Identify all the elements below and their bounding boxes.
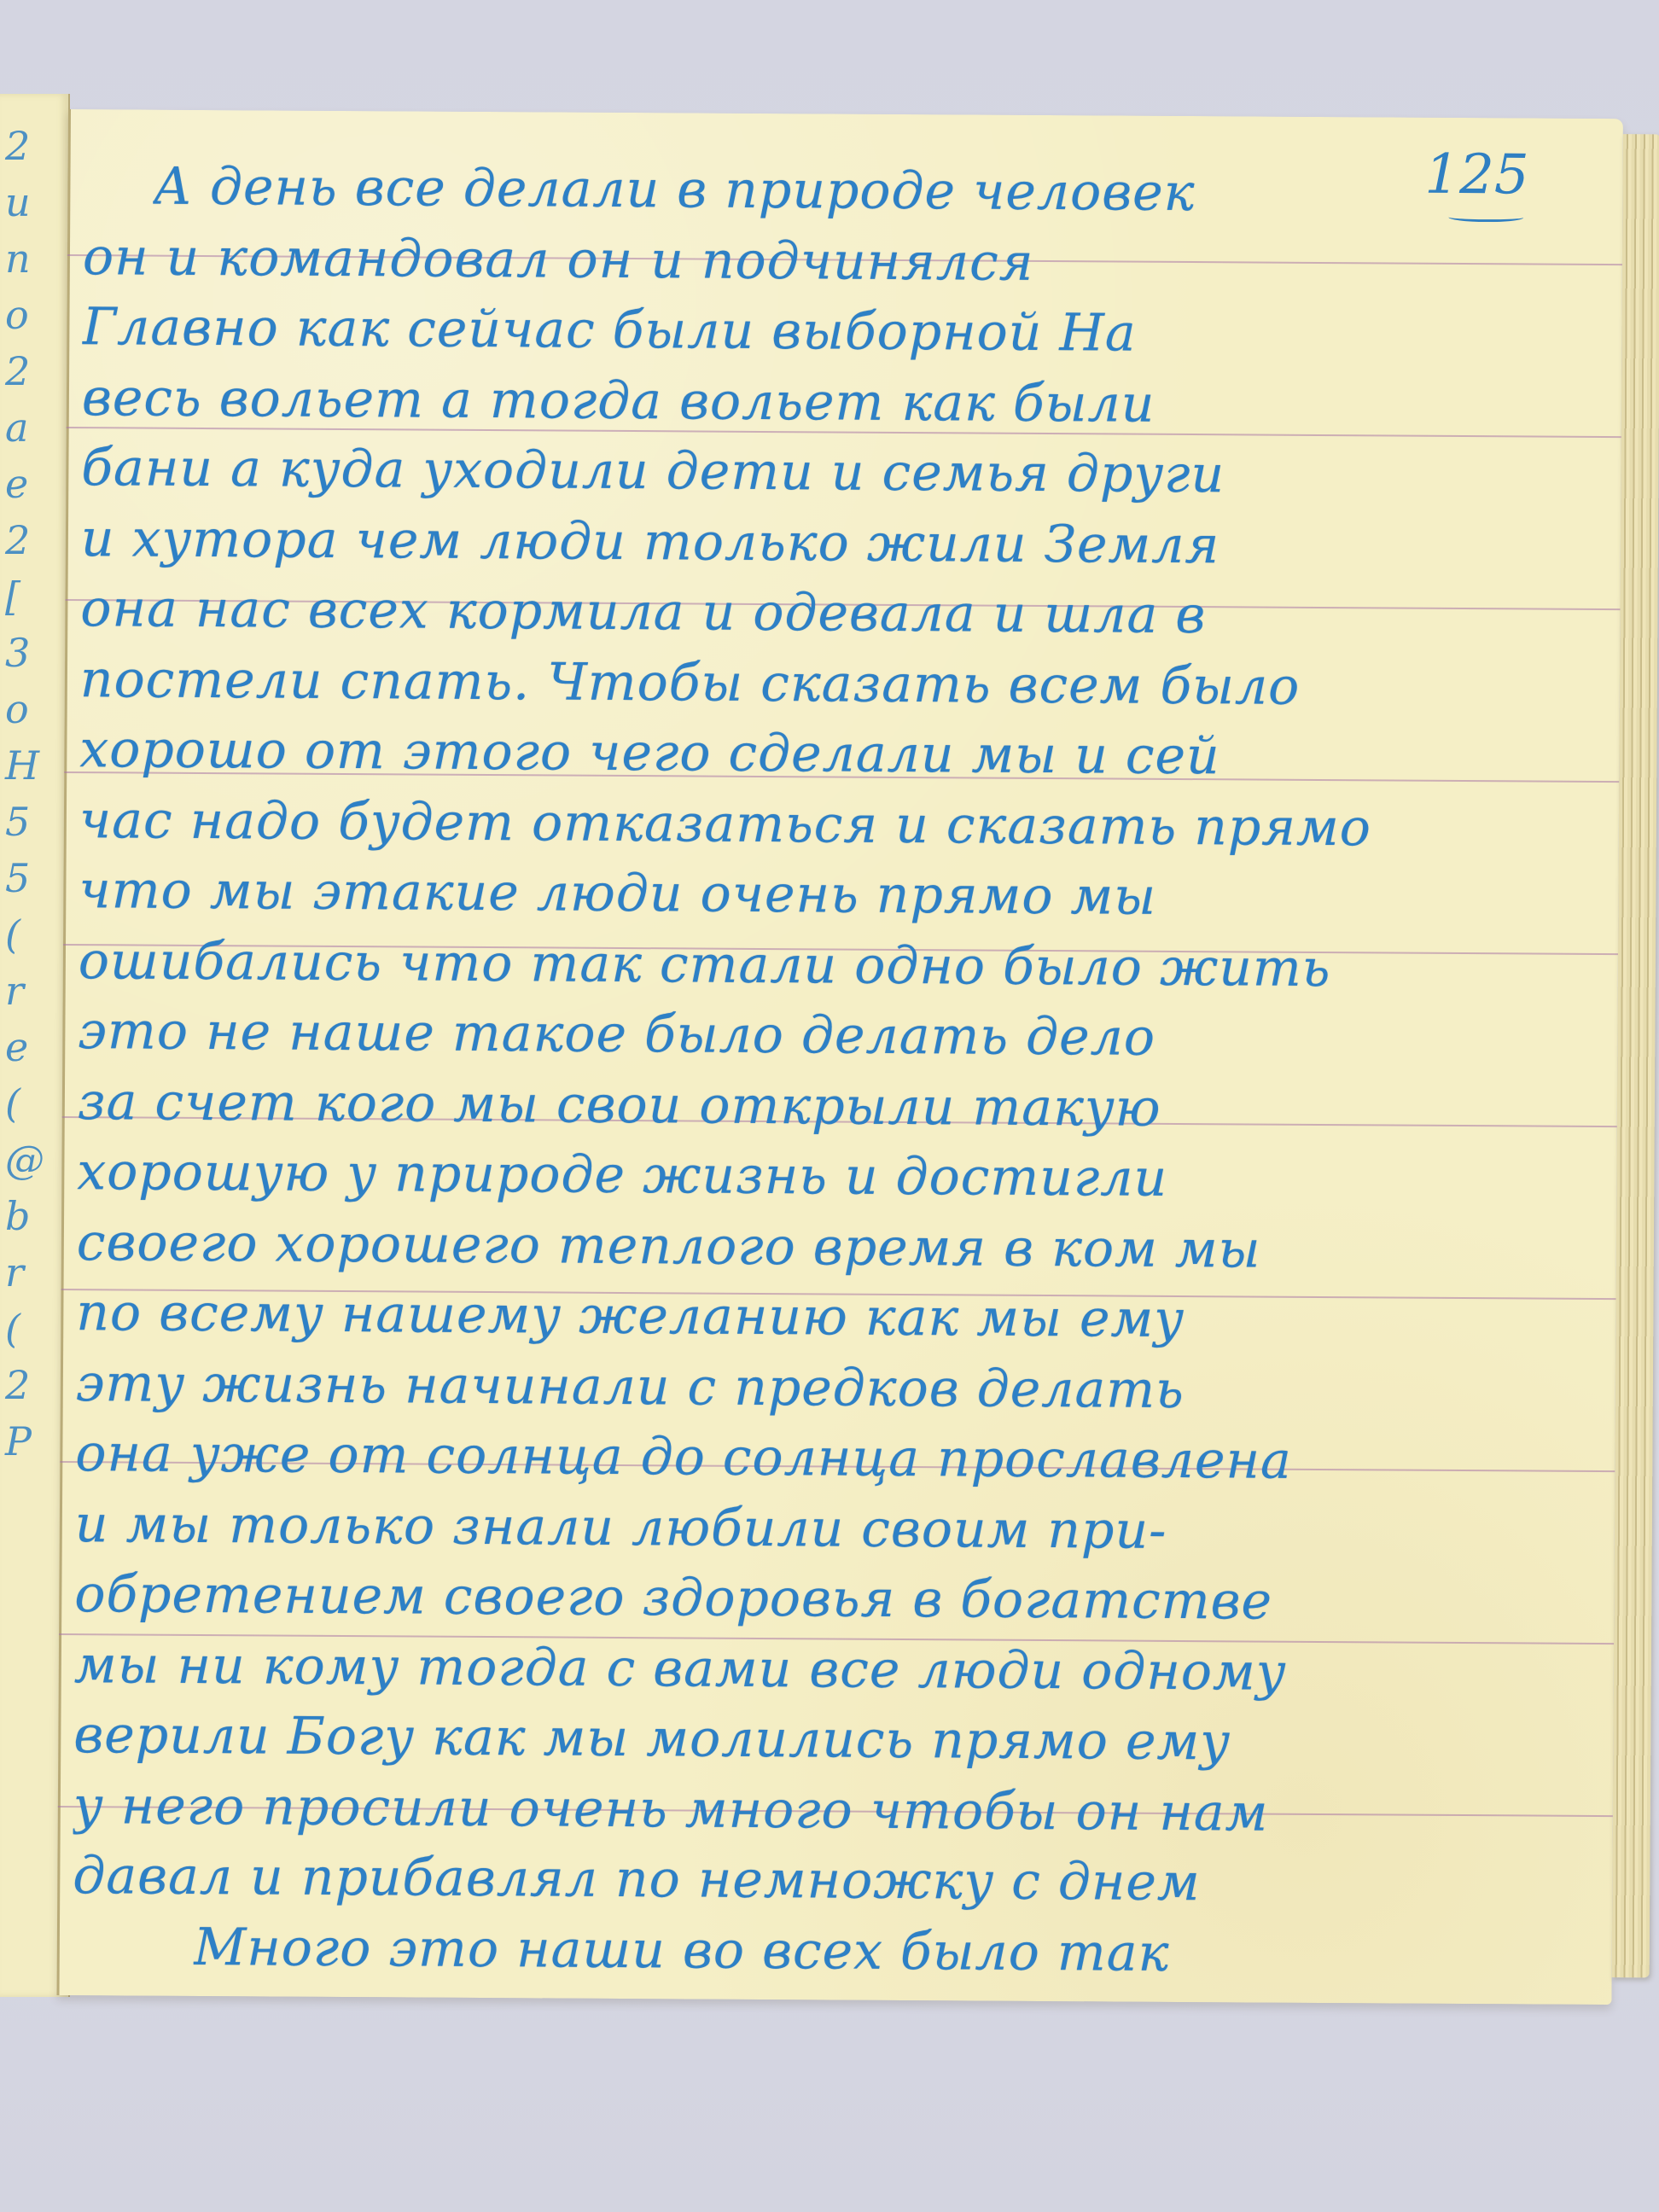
margin-glyph: 3 [5,625,65,681]
margin-glyph: e [5,456,65,512]
margin-glyph: o [5,681,65,737]
margin-glyph: 2 [5,343,65,399]
previous-page-margin-text: 2 и n o 2 a e 2 [ 3 o H 5 5 ( r e ( @ b … [5,118,65,1470]
margin-glyph: ( [5,906,65,963]
margin-glyph: 5 [5,794,65,850]
margin-glyph: r [5,1244,65,1301]
handwritten-line: Много это наши во всех было так [193,1895,1561,2006]
margin-glyph: ( [5,1301,65,1357]
margin-glyph: и [5,174,65,230]
margin-glyph: b [5,1188,65,1244]
margin-glyph: o [5,287,65,343]
margin-glyph: 2 [5,1357,65,1413]
margin-glyph: 2 [5,512,65,568]
margin-glyph: P [5,1413,65,1470]
margin-glyph: r [5,963,65,1019]
margin-glyph: n [5,230,65,287]
margin-glyph: a [5,399,65,456]
notebook-page: 125 А день все делали в природе человеко… [56,109,1622,2005]
margin-glyph: H [5,737,65,794]
margin-glyph: [ [5,568,65,625]
margin-glyph: 2 [5,118,65,174]
margin-glyph: @ [5,1132,65,1188]
margin-glyph: ( [5,1075,65,1132]
margin-glyph: e [5,1019,65,1075]
margin-glyph: 5 [5,850,65,906]
